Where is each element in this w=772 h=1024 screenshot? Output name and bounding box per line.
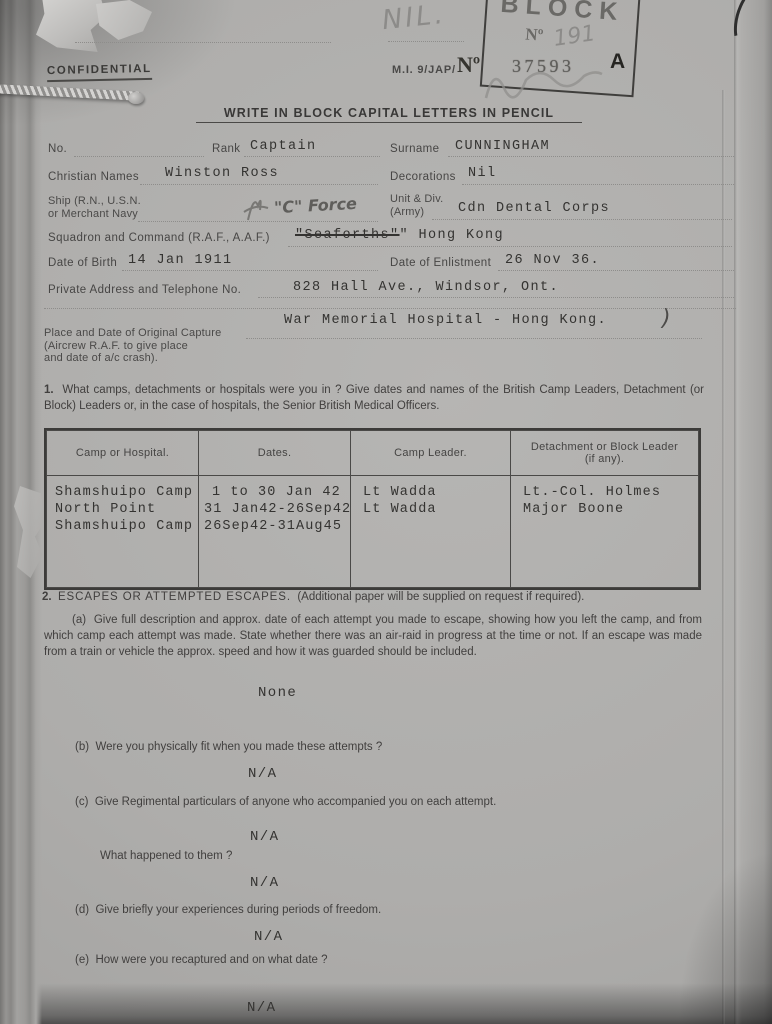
ship-handwritten-value: "C" Force xyxy=(274,194,358,217)
enlistment-value: 26 Nov 36. xyxy=(505,253,600,268)
dotted-line xyxy=(74,156,204,157)
rank-label: Rank xyxy=(212,143,240,155)
camps-col-detachment: Lt.-Col. Holmes Major Boone xyxy=(511,476,699,588)
capture-label-line1: Place and Date of Original Capture xyxy=(44,327,221,339)
stamp-no-abbrev: Nº xyxy=(525,25,544,46)
dob-label: Date of Birth xyxy=(48,257,117,269)
no-abbrev: Nº xyxy=(457,52,480,78)
pow-questionnaire-document: NIL. BLOCK Nº 191 CONFIDENTIAL M.I. 9/JA… xyxy=(0,0,772,1024)
dotted-line xyxy=(388,41,464,42)
table-cell: Shamshuipo Camp xyxy=(55,518,197,535)
dotted-line xyxy=(75,42,331,43)
question-2-note: (Additional paper will be supplied on re… xyxy=(297,591,584,603)
question-2-title: ESCAPES OR ATTEMPTED ESCAPES. xyxy=(58,591,291,603)
table-cell: North Point xyxy=(55,501,197,518)
table-cell: Major Boone xyxy=(523,501,697,518)
question-2d-text: Give briefly your experiences during per… xyxy=(95,904,381,916)
series-letter: A xyxy=(610,50,625,74)
capture-pencil-mark: ) xyxy=(662,306,671,331)
question-2d-label: (d) xyxy=(75,904,89,916)
table-cell: 26Sep42-31Aug45 xyxy=(204,518,349,535)
camps-col-dates: 1 to 30 Jan 42 31 Jan42-26Sep42 26Sep42-… xyxy=(199,476,351,588)
unit-label-line2: (Army) xyxy=(390,206,424,218)
question-2a-text: Give full description and approx. date o… xyxy=(44,614,702,658)
christian-names-value: Winston Ross xyxy=(165,166,279,181)
question-2b: (b) Were you physically fit when you mad… xyxy=(75,739,382,755)
form-instruction-heading: WRITE IN BLOCK CAPITAL LETTERS IN PENCIL xyxy=(196,106,582,123)
answer-2b: N/A xyxy=(248,766,277,782)
confidential-label: CONFIDENTIAL xyxy=(47,63,152,82)
no-field-label: No. xyxy=(48,143,67,155)
binding-string-end xyxy=(128,92,144,104)
dotted-line xyxy=(258,297,734,298)
question-2-number: 2. xyxy=(42,591,52,603)
rank-value: Captain xyxy=(250,139,317,154)
question-2e-text: How were you recaptured and on what date… xyxy=(95,954,327,966)
bottom-right-shadow xyxy=(652,804,772,1024)
camps-col-camp: Shamshuipo Camp North Point Shamshuipo C… xyxy=(47,476,199,588)
squadron-label: Squadron and Command (R.A.F., A.A.F.) xyxy=(48,232,270,244)
dotted-line xyxy=(244,156,380,157)
enlistment-label: Date of Enlistment xyxy=(390,257,491,269)
table-cell: Lt.-Col. Holmes xyxy=(523,484,697,501)
unit-value: Cdn Dental Corps xyxy=(458,201,610,216)
handwritten-nil: NIL. xyxy=(381,0,448,36)
ship-label-line1: Ship (R.N., U.S.N. xyxy=(48,195,141,207)
dotted-line xyxy=(432,219,732,220)
camps-table: Camp or Hospital. Dates. Camp Leader. De… xyxy=(44,428,701,590)
christian-names-label: Christian Names xyxy=(48,171,139,183)
dotted-line xyxy=(498,270,734,271)
question-2c-text: Give Regimental particulars of anyone wh… xyxy=(95,796,496,808)
table-cell: Lt Wadda xyxy=(363,501,509,518)
question-2c: (c) Give Regimental particulars of anyon… xyxy=(75,794,496,810)
capture-label-line2: (Aircrew R.A.F. to give place xyxy=(44,340,188,352)
dotted-rule xyxy=(44,308,736,309)
pencil-scrawl-icon xyxy=(480,58,610,104)
dotted-line xyxy=(288,246,732,247)
question-2e: (e) How were you recaptured and on what … xyxy=(75,952,328,968)
dotted-line xyxy=(246,338,702,339)
unit-label-line1: Unit & Div. xyxy=(390,193,443,205)
question-2d: (d) Give briefly your experiences during… xyxy=(75,902,381,918)
squadron-rest-text: " Hong Kong xyxy=(400,228,505,243)
surname-value: CUNNINGHAM xyxy=(455,139,550,154)
address-label: Private Address and Telephone No. xyxy=(48,284,241,296)
answer-2a: None xyxy=(258,685,297,701)
ship-label-line2: or Merchant Navy xyxy=(48,208,138,220)
table-cell: 1 to 30 Jan 42 xyxy=(204,484,349,501)
question-2c-label: (c) xyxy=(75,796,88,808)
question-2a-label: (a) xyxy=(72,614,86,626)
pencil-scribble-icon xyxy=(238,192,272,226)
capture-value: War Memorial Hospital - Hong Kong. xyxy=(284,313,607,328)
squadron-struck-text: "Seaforths" xyxy=(295,228,400,243)
answer-2e: N/A xyxy=(247,1000,276,1016)
answer-2d: N/A xyxy=(254,929,283,945)
question-1-number: 1. xyxy=(44,384,54,396)
question-2b-label: (b) xyxy=(75,741,89,753)
surname-label: Surname xyxy=(390,143,439,155)
question-2-heading: 2. ESCAPES OR ATTEMPTED ESCAPES. (Additi… xyxy=(42,589,710,605)
table-cell: Lt Wadda xyxy=(363,484,509,501)
answer-2c-followup: N/A xyxy=(250,875,279,891)
question-2c-followup: What happened to them ? xyxy=(100,848,232,864)
answer-2c: N/A xyxy=(250,829,279,845)
dotted-line xyxy=(140,184,378,185)
camps-table-header-dates: Dates. xyxy=(199,431,351,476)
dob-value: 14 Jan 1911 xyxy=(128,253,233,268)
question-2b-text: Were you physically fit when you made th… xyxy=(95,741,382,753)
dotted-line xyxy=(462,184,734,185)
camps-table-header-detachment: Detachment or Block Leader (if any). xyxy=(511,431,699,476)
mi9-reference-label: M.I. 9/JAP/ xyxy=(392,64,456,76)
table-cell: Shamshuipo Camp xyxy=(55,484,197,501)
camps-table-header-leader: Camp Leader. xyxy=(351,431,511,476)
question-2a: (a) Give full description and approx. da… xyxy=(44,612,702,660)
address-value: 828 Hall Ave., Windsor, Ont. xyxy=(293,280,559,295)
question-1: 1. What camps, detachments or hospitals … xyxy=(44,382,704,414)
question-2e-label: (e) xyxy=(75,954,89,966)
table-cell: 31 Jan42-26Sep42 xyxy=(204,501,349,518)
capture-label-line3: and date of a/c crash). xyxy=(44,352,158,364)
question-1-text: What camps, detachments or hospitals wer… xyxy=(44,384,704,412)
decorations-label: Decorations xyxy=(390,171,456,183)
handwritten-block-number: 191 xyxy=(552,21,597,52)
dotted-line xyxy=(448,156,734,157)
decorations-value: Nil xyxy=(468,166,497,181)
dotted-line xyxy=(122,270,378,271)
camps-col-leader: Lt Wadda Lt Wadda xyxy=(351,476,511,588)
camps-table-header-camp: Camp or Hospital. xyxy=(47,431,199,476)
squadron-value: "Seaforths"" Hong Kong xyxy=(295,228,504,243)
